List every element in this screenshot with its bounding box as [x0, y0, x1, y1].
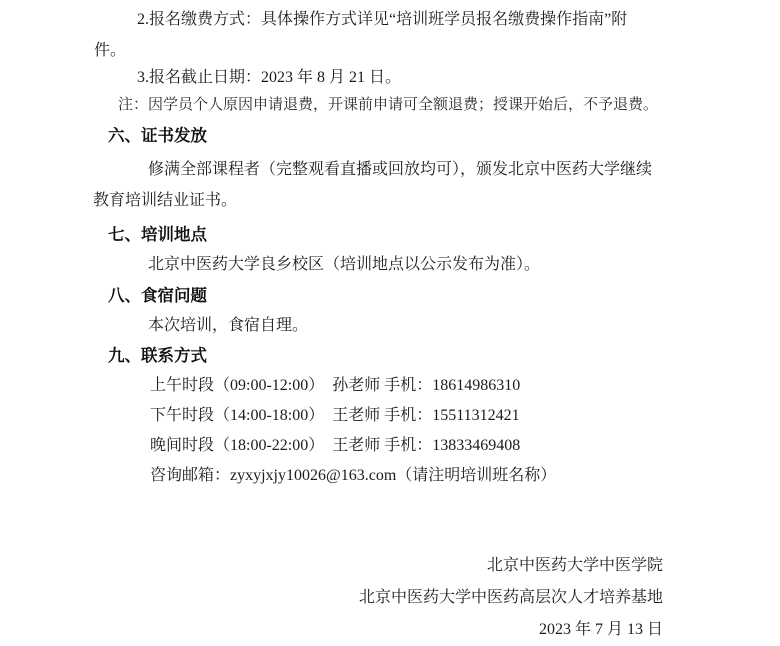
location-body-line: 北京中医药大学良乡校区（培训地点以公示发布为准）。 [148, 257, 540, 273]
signature-org-1: 北京中医药大学中医学院 [0, 558, 663, 574]
section-heading-location: 七、培训地点 [108, 227, 207, 244]
section-heading-certificate: 六、证书发放 [108, 128, 207, 145]
contact-afternoon-line: 下午时段（14:00-18:00） 王老师 手机：15511312421 [150, 408, 520, 424]
certificate-body-line-2: 教育培训结业证书。 [93, 193, 237, 209]
lodging-body-line: 本次培训，食宿自理。 [148, 318, 308, 334]
payment-method-line-1: 2.报名缴费方式：具体操作方式详见“培训班学员报名缴费操作指南”附 [137, 12, 627, 28]
contact-email-line: 咨询邮箱：zyxyjxjy10026@163.com（请注明培训班名称） [150, 468, 556, 484]
document-page: 2.报名缴费方式：具体操作方式详见“培训班学员报名缴费操作指南”附 件。 3.报… [0, 0, 780, 646]
section-heading-lodging: 八、食宿问题 [108, 288, 207, 305]
refund-note-line: 注：因学员个人原因申请退费，开课前申请可全额退费；授课开始后，不予退费。 [118, 98, 658, 113]
contact-evening-line: 晚间时段（18:00-22:00） 王老师 手机：13833469408 [150, 438, 520, 454]
contact-morning-line: 上午时段（09:00-12:00） 孙老师 手机：18614986310 [150, 378, 520, 394]
signature-org-2: 北京中医药大学中医药高层次人才培养基地 [0, 590, 663, 606]
certificate-body-line-1: 修满全部课程者（完整观看直播或回放均可），颁发北京中医药大学继续 [148, 162, 652, 178]
payment-method-line-2: 件。 [94, 43, 126, 59]
signature-date: 2023 年 7 月 13 日 [0, 622, 663, 638]
registration-deadline-line: 3.报名截止日期：2023 年 8 月 21 日。 [137, 70, 401, 86]
section-heading-contact: 九、联系方式 [108, 348, 207, 365]
